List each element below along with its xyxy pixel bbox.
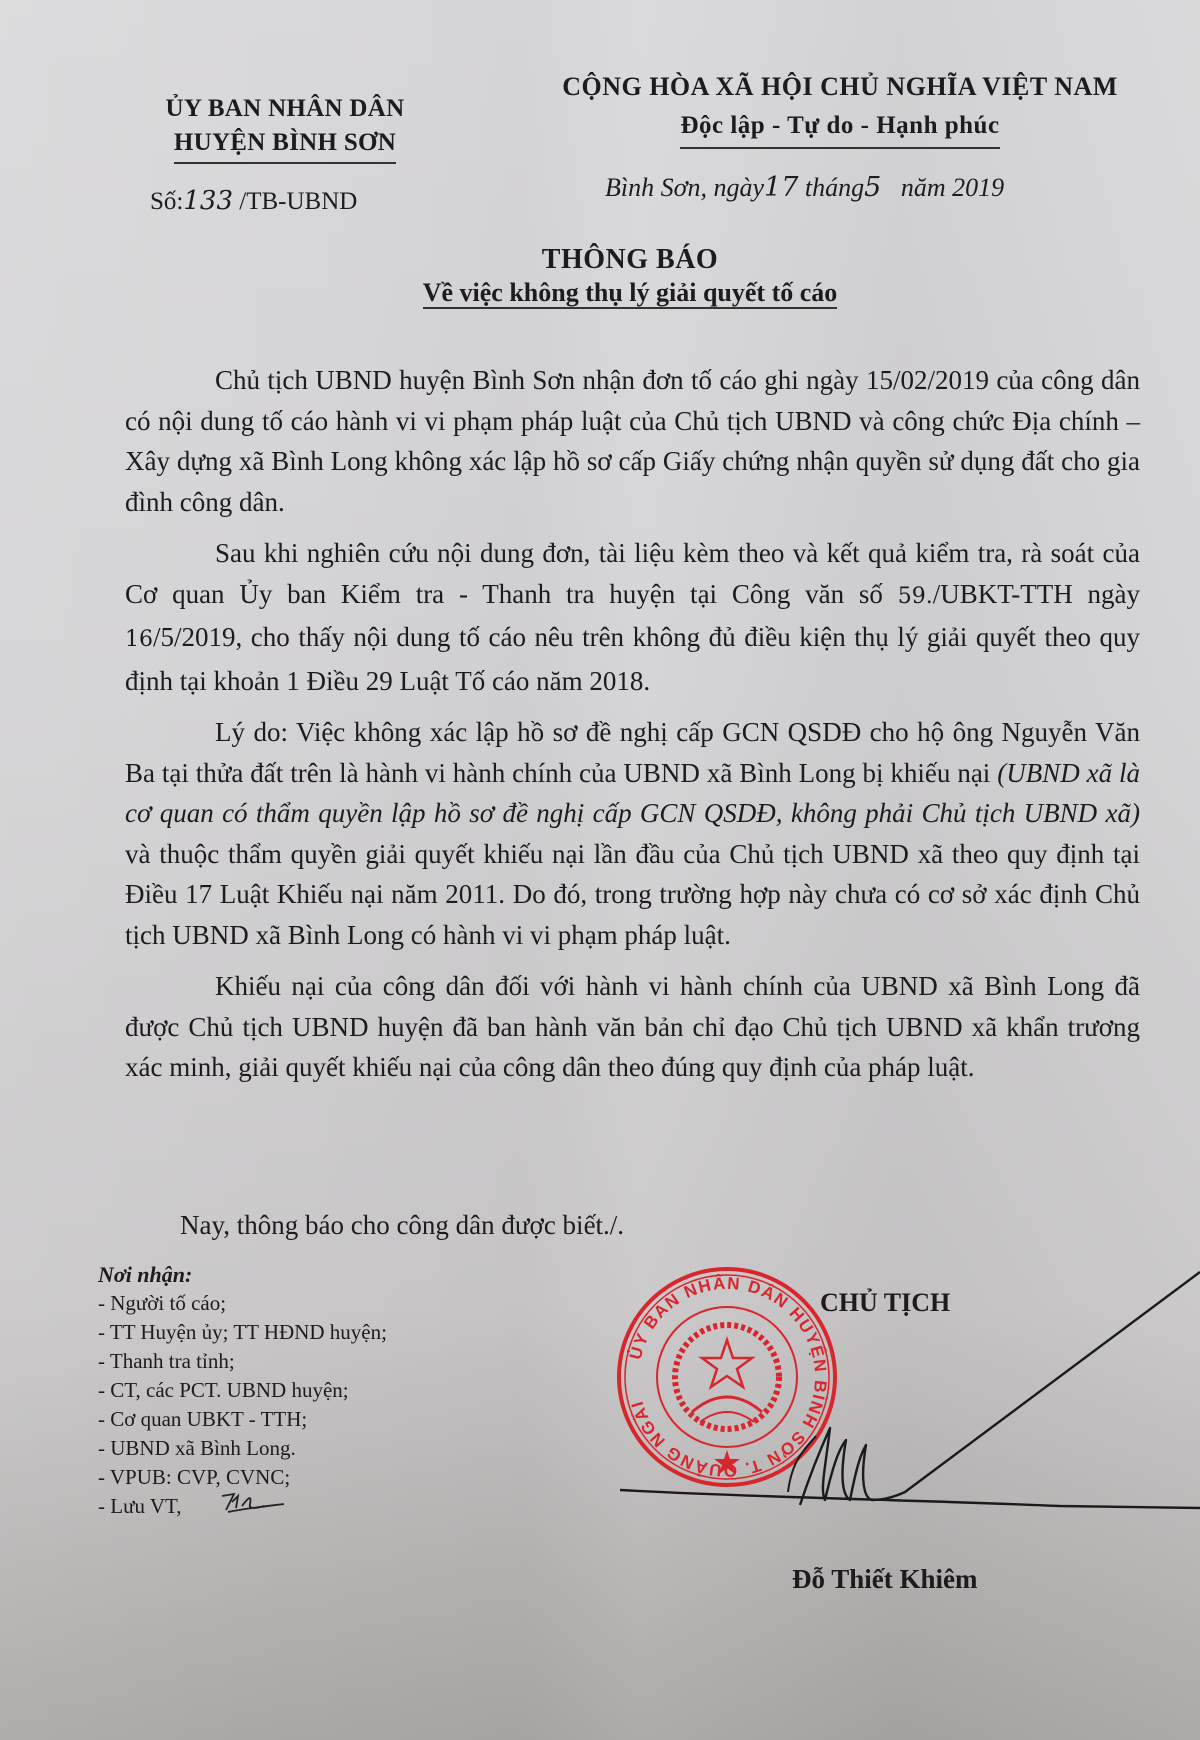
p2-text-b: /UBKT-TTH ngày (933, 579, 1140, 609)
p2-text-c: /5/2019, cho thấy nội dung tố cáo nêu tr… (125, 622, 1140, 696)
doc-number-handwritten: 133 (183, 186, 233, 216)
month-label: tháng (805, 173, 864, 202)
month-handwritten: 5 (864, 172, 881, 203)
handwritten-signature-icon (620, 1260, 1200, 1530)
paragraph-4: Khiếu nại của công dân đối với hành vi h… (125, 966, 1140, 1088)
p2-number-handwritten: 59. (898, 584, 933, 609)
signatory-name: Đỗ Thiết Khiêm (792, 1564, 978, 1595)
day-handwritten: 17 (764, 172, 798, 203)
p3-text-a: Lý do: Việc không xác lập hồ sơ đề nghị … (125, 717, 1140, 788)
p3-text-b: và thuộc thẩm quyền giải quyết khiếu nại… (125, 839, 1140, 950)
national-heading: CỘNG HÒA XÃ HỘI CHỦ NGHĨA VIỆT NAM Độc l… (530, 68, 1150, 149)
subtitle-text: Về việc không thụ lý giải quyết tố cáo (423, 278, 838, 309)
document-subtitle: Về việc không thụ lý giải quyết tố cáo (360, 278, 900, 308)
agency-line-1: ỦY BAN NHÂN DÂN (140, 92, 430, 126)
closing-line: Nay, thông báo cho công dân được biết./. (180, 1210, 624, 1241)
document-body: Chủ tịch UBND huyện Bình Sơn nhận đơn tố… (125, 360, 1140, 1099)
recipients-block: Nơi nhận: - Người tố cáo; - TT Huyện ủy;… (98, 1260, 387, 1521)
doc-number-prefix: Số: (150, 188, 183, 215)
country-name: CỘNG HÒA XÃ HỘI CHỦ NGHĨA VIỆT NAM (530, 68, 1150, 106)
document-number: Số:133 /TB-UBND (150, 186, 357, 216)
recipient-item: - Người tố cáo; (98, 1289, 387, 1318)
year-text: năm 2019 (901, 173, 1004, 202)
initials-scribble-icon (218, 1488, 288, 1514)
recipient-item: - Cơ quan UBKT - TTH; (98, 1405, 387, 1434)
paragraph-2: Sau khi nghiên cứu nội dung đơn, tài liệ… (125, 533, 1140, 701)
place-date: Bình Sơn, ngày17 tháng5 năm 2019 (605, 172, 1004, 203)
p2-day-handwritten: 16 (125, 627, 153, 652)
paragraph-3: Lý do: Việc không xác lập hồ sơ đề nghị … (125, 712, 1140, 955)
recipient-item: - CT, các PCT. UBND huyện; (98, 1376, 387, 1405)
doc-number-suffix: /TB-UBND (233, 188, 357, 215)
document-title: THÔNG BÁO (380, 244, 880, 276)
recipient-item: - TT Huyện ủy; TT HĐND huyện; (98, 1318, 387, 1347)
recipient-item: - UBND xã Bình Long. (98, 1434, 387, 1463)
national-motto: Độc lập - Tự do - Hạnh phúc (680, 107, 999, 149)
agency-line-2: HUYỆN BÌNH SƠN (174, 126, 396, 164)
paragraph-1: Chủ tịch UBND huyện Bình Sơn nhận đơn tố… (125, 360, 1140, 522)
recipients-heading: Nơi nhận: (98, 1260, 387, 1289)
issuing-agency: ỦY BAN NHÂN DÂN HUYỆN BÌNH SƠN (140, 92, 430, 164)
recipient-item: - Thanh tra tỉnh; (98, 1347, 387, 1376)
place-date-prefix: Bình Sơn, ngày (605, 173, 764, 202)
